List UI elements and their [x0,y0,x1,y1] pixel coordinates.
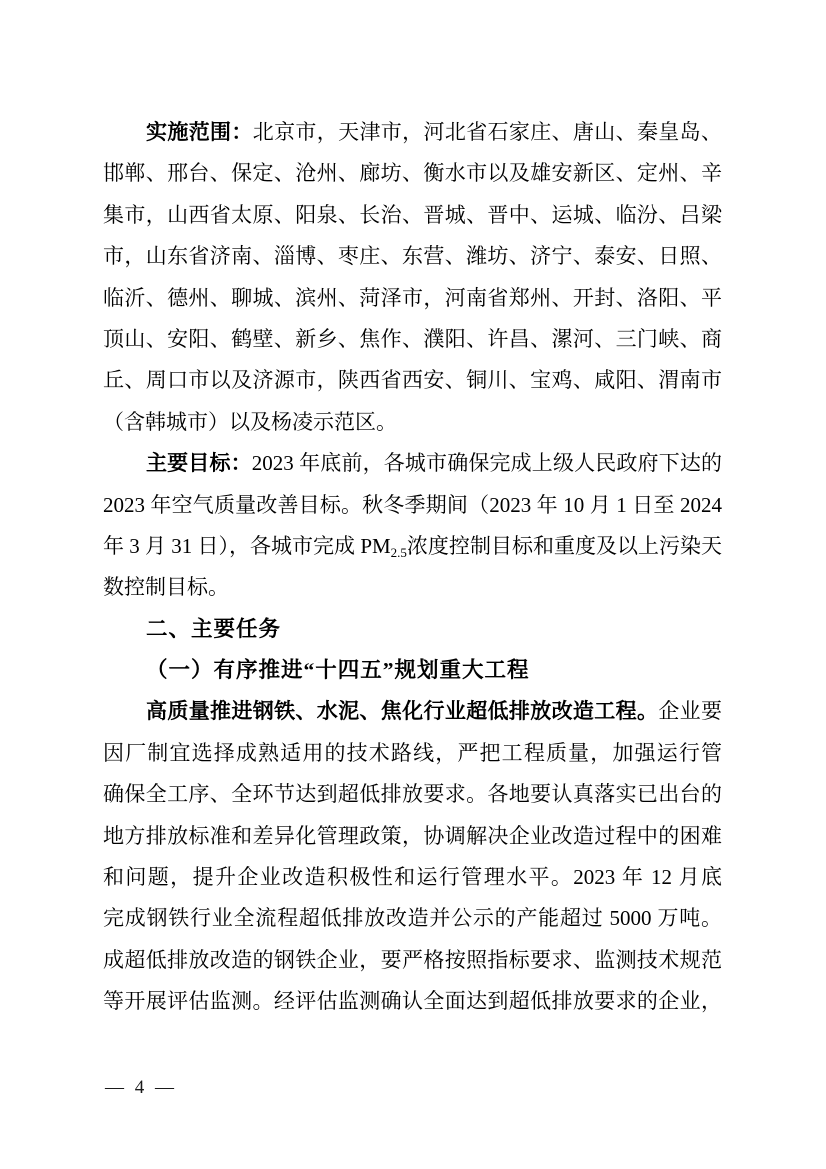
bold-text-run: 实施范围： [146,121,253,144]
text-line: 因厂制宜选择成熟适用的技术路线，严把工程质量，加强运行管理， [103,733,722,774]
implementation-scope-paragraph: 实施范围：北京市，天津市，河北省石家庄、唐山、秦皇岛、邯郸、邢台、保定、沧州、廊… [103,112,722,443]
section-heading-main-tasks: 二、主要任务 [103,609,722,650]
text-run: 2023 年空气质量改善目标。秋冬季期间（2023 年 10 月 1 日至 20… [103,493,722,517]
text-run: 浓度控制目标和重度及以上污染天 [407,534,722,558]
main-goals-paragraph: 主要目标：2023 年底前，各城市确保完成上级人民政府下达的2023 年空气质量… [103,443,722,609]
document-page: 实施范围：北京市，天津市，河北省石家庄、唐山、秦皇岛、邯郸、邢台、保定、沧州、廊… [0,0,826,1169]
text-run: 丘、周口市以及济源市，陕西省西安、铜川、宝鸡、咸阳、渭南市 [103,368,722,392]
text-run: 顶山、安阳、鹤壁、新乡、焦作、濮阳、许昌、漯河、三门峡、商 [103,327,722,351]
text-run: 等开展评估监测。经评估监测确认全面达到超低排放要求的企业， [103,989,722,1013]
subsection-heading-14th-five-year-projects: （一）有序推进“十四五”规划重大工程 [103,650,722,691]
text-line: 地方排放标准和差异化管理政策，协调解决企业改造过程中的困难 [103,816,722,857]
text-run: 2023 年底前，各城市确保完成上级人民政府下达的 [252,451,722,475]
text-run: （含韩城市）以及杨凌示范区。 [103,410,397,434]
text-run: 北京市，天津市，河北省石家庄、唐山、秦皇岛、 [253,120,722,144]
text-run: 集市，山西省太原、阳泉、长治、晋城、晋中、运城、临汾、吕梁 [103,203,722,227]
text-run: 和问题，提升企业改造积极性和运行管理水平。2023 年 12 月底前， [103,865,722,898]
text-line: 年 3 月 31 日），各城市完成 PM2.5浓度控制目标和重度及以上污染天 [103,526,722,567]
text-line: 完成钢铁行业全流程超低排放改造并公示的产能超过 5000 万吨。完 [103,898,722,939]
bold-text-run: 主要目标： [146,452,252,475]
text-run: 数控制目标。 [103,575,229,599]
text-run: 完成钢铁行业全流程超低排放改造并公示的产能超过 5000 万吨。完 [103,906,722,939]
text-run: 因厂制宜选择成熟适用的技术路线，严把工程质量，加强运行管理， [103,741,722,774]
document-body: 实施范围：北京市，天津市，河北省石家庄、唐山、秦皇岛、邯郸、邢台、保定、沧州、廊… [103,112,722,1023]
text-line: 高质量推进钢铁、水泥、焦化行业超低排放改造工程。企业要 [103,691,722,732]
text-run: 地方排放标准和差异化管理政策，协调解决企业改造过程中的困难 [103,824,722,848]
text-run: 临沂、德州、聊城、滨州、菏泽市，河南省郑州、开封、洛阳、平 [103,286,722,310]
text-line: 集市，山西省太原、阳泉、长治、晋城、晋中、运城、临汾、吕梁 [103,195,722,236]
text-line: 实施范围：北京市，天津市，河北省石家庄、唐山、秦皇岛、 [103,112,722,153]
text-line: 顶山、安阳、鹤壁、新乡、焦作、濮阳、许昌、漯河、三门峡、商 [103,319,722,360]
text-line: 临沂、德州、聊城、滨州、菏泽市，河南省郑州、开封、洛阳、平 [103,278,722,319]
text-run: 成超低排放改造的钢铁企业，要严格按照指标要求、监测技术规范 [103,948,722,972]
page-number: — 4 — [105,1077,177,1098]
text-line: 数控制目标。 [103,567,722,608]
text-line: （含韩城市）以及杨凌示范区。 [103,402,722,443]
text-run: 确保全工序、全环节达到超低排放要求。各地要认真落实已出台的 [103,782,722,806]
text-line: 主要目标：2023 年底前，各城市确保完成上级人民政府下达的 [103,443,722,484]
text-line: 成超低排放改造的钢铁企业，要严格按照指标要求、监测技术规范 [103,940,722,981]
page-footer: — 4 — [105,1076,177,1100]
text-run: 邯郸、邢台、保定、沧州、廊坊、衡水市以及雄安新区、定州、辛 [103,161,722,185]
text-line: 丘、周口市以及济源市，陕西省西安、铜川、宝鸡、咸阳、渭南市 [103,360,722,401]
text-run: 市，山东省济南、淄博、枣庄、东营、潍坊、济宁、泰安、日照、 [103,244,722,268]
text-line: 市，山东省济南、淄博、枣庄、东营、潍坊、济宁、泰安、日照、 [103,236,722,277]
text-run: 企业要 [658,699,722,723]
ultra-low-emission-retrofit-paragraph: 高质量推进钢铁、水泥、焦化行业超低排放改造工程。企业要因厂制宜选择成熟适用的技术… [103,691,722,1022]
text-line: 等开展评估监测。经评估监测确认全面达到超低排放要求的企业， [103,981,722,1022]
text-line: 邯郸、邢台、保定、沧州、廊坊、衡水市以及雄安新区、定州、辛 [103,153,722,194]
subscript-run: 2.5 [391,545,407,560]
bold-text-run: 高质量推进钢铁、水泥、焦化行业超低排放改造工程。 [146,700,658,723]
text-run: 年 3 月 31 日），各城市完成 PM [103,534,391,558]
text-line: 确保全工序、全环节达到超低排放要求。各地要认真落实已出台的 [103,774,722,815]
text-line: 和问题，提升企业改造积极性和运行管理水平。2023 年 12 月底前， [103,857,722,898]
text-line: 2023 年空气质量改善目标。秋冬季期间（2023 年 10 月 1 日至 20… [103,485,722,526]
